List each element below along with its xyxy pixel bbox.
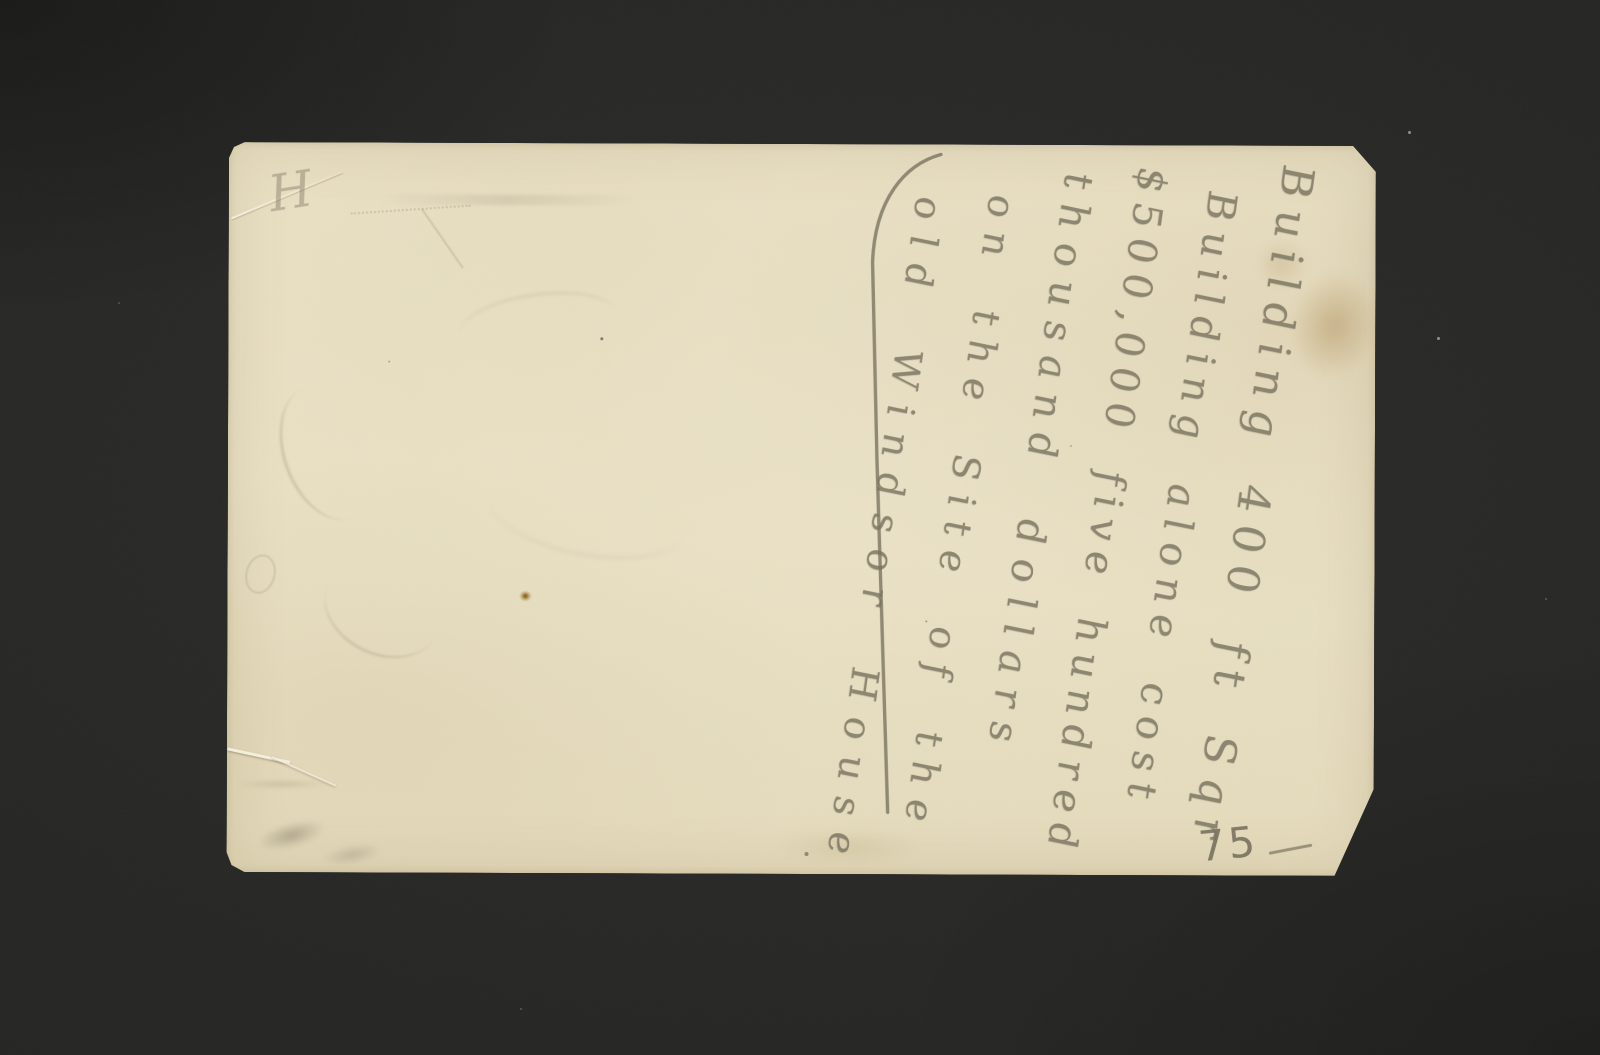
dust-speck: [1408, 131, 1411, 134]
ghost-writing-mark: [379, 195, 639, 206]
speck: [600, 337, 603, 340]
tear-shadow: [235, 780, 330, 788]
tear-bottom-left: [271, 756, 336, 787]
ghost-writing-mark: [262, 371, 397, 534]
ghost-writing-mark: [455, 283, 622, 367]
speck: [388, 361, 390, 363]
ghost-writing-mark: [482, 456, 694, 573]
crease-line: [422, 209, 464, 269]
pencil-dots-trace: [351, 205, 471, 215]
smudge-mark: [254, 814, 328, 857]
corner-number: 75: [1196, 817, 1260, 872]
tear-bottom-left: [227, 747, 290, 763]
album-page-background: Building 400 ft Sqr Building alone cost …: [0, 0, 1600, 1055]
dust-speck: [1545, 598, 1547, 600]
dust-speck: [1437, 337, 1440, 340]
smudge-mark: [321, 839, 384, 869]
dust-speck: [520, 1008, 522, 1010]
pencil-dash-stroke: [1269, 844, 1313, 855]
yellow-spot: [517, 589, 533, 603]
dust-speck: [118, 302, 120, 304]
ghost-writing-mark: [241, 551, 280, 597]
photo-card: Building 400 ft Sqr Building alone cost …: [226, 142, 1376, 876]
pencil-mark-h: H: [265, 159, 317, 223]
handwriting-note: Building 400 ft Sqr Building alone cost …: [801, 164, 1335, 877]
ghost-writing-mark: [308, 541, 456, 676]
